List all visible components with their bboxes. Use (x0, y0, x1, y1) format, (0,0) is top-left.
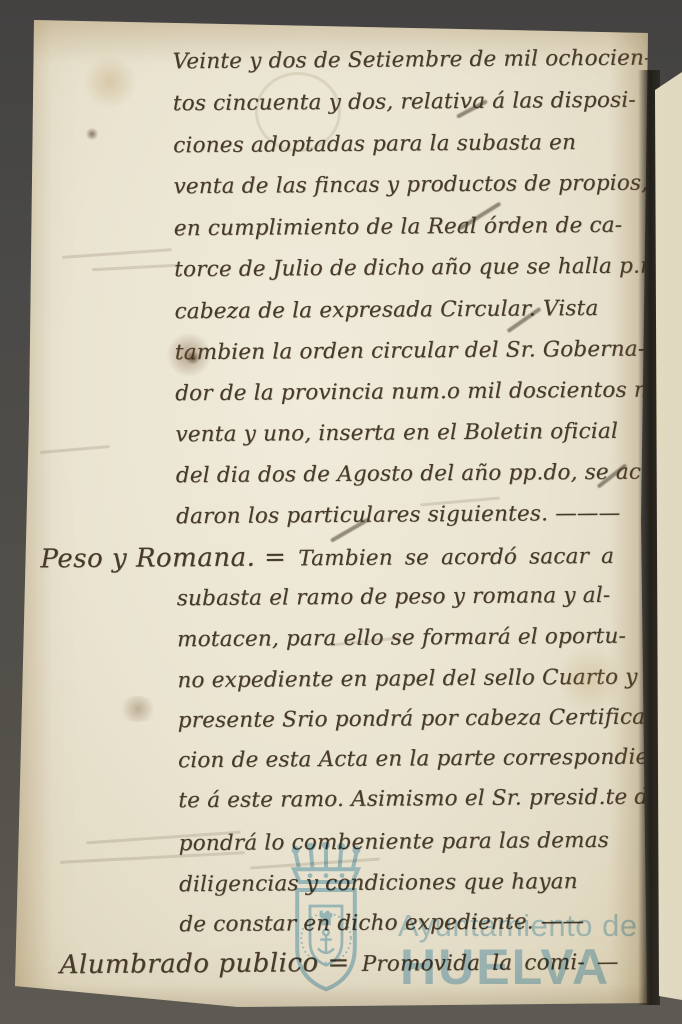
section-label-alumbrado-publico: Alumbrado publico = (60, 948, 350, 980)
scan-background: Veinte y dos de Setiembre de mil ochocie… (0, 0, 682, 1024)
handwritten-text-block: Veinte y dos de Setiembre de mil ochocie… (0, 0, 682, 1024)
manuscript-line: ciones adoptadas para la subasta en (173, 130, 576, 158)
manuscript-line: diligencias y condiciones que hayan (179, 869, 578, 897)
manuscript-page: Veinte y dos de Setiembre de mil ochocie… (0, 0, 682, 1024)
manuscript-line-text: Tambien se acordó sacar a (298, 544, 614, 571)
manuscript-line-text: Promovida la comi- — (362, 950, 619, 977)
manuscript-line: venta y uno, inserta en el Boletin ofici… (175, 419, 618, 447)
manuscript-line: te á este ramo. Asimismo el Sr. presid.t… (178, 784, 674, 813)
manuscript-line: Veinte y dos de Setiembre de mil ochocie… (172, 46, 651, 75)
manuscript-line: motacen, para ello se formará el oportu- (177, 624, 626, 653)
manuscript-line: cion de esta Acta en la parte correspond… (178, 744, 670, 773)
archive-scan-photo: { "manuscript": { "language": "Spanish",… (0, 0, 682, 1024)
manuscript-line: venta de las fincas y productos de propi… (173, 171, 648, 200)
manuscript-line: no expediente en papel del sello Cuarto … (177, 664, 664, 693)
section-label-peso-y-romana: Peso y Romana. = (40, 542, 286, 574)
manuscript-line: tambien la orden circular del Sr. Gobern… (175, 337, 646, 366)
manuscript-line: Peso y Romana. =Tambien se acordó sacar … (40, 540, 614, 575)
manuscript-line: torce de Julio de dicho año que se halla… (174, 254, 651, 283)
manuscript-line: en cumplimiento de la Real órden de ca- (174, 213, 623, 242)
manuscript-line: del dia dos de Agosto del año pp.do, se … (176, 459, 673, 488)
manuscript-line: de constar en dicho expediente. —— (179, 909, 584, 937)
manuscript-line: pondrá lo combeniente para las demas (179, 828, 609, 856)
manuscript-line: cabeza de la expresada Circular. Vista (174, 296, 598, 324)
manuscript-line: presente Srio pondrá por cabeza Certific… (178, 705, 653, 734)
manuscript-line: dor de la provincia num.o mil doscientos… (175, 377, 668, 406)
manuscript-line: daron los particulares siguientes. ——— (176, 501, 620, 529)
manuscript-line: tos cincuenta y dos, relativa á las disp… (173, 88, 636, 117)
manuscript-line: Alumbrado publico =Promovida la comi- — (60, 946, 619, 980)
manuscript-line: subasta el ramo de peso y romana y al- (177, 583, 611, 611)
